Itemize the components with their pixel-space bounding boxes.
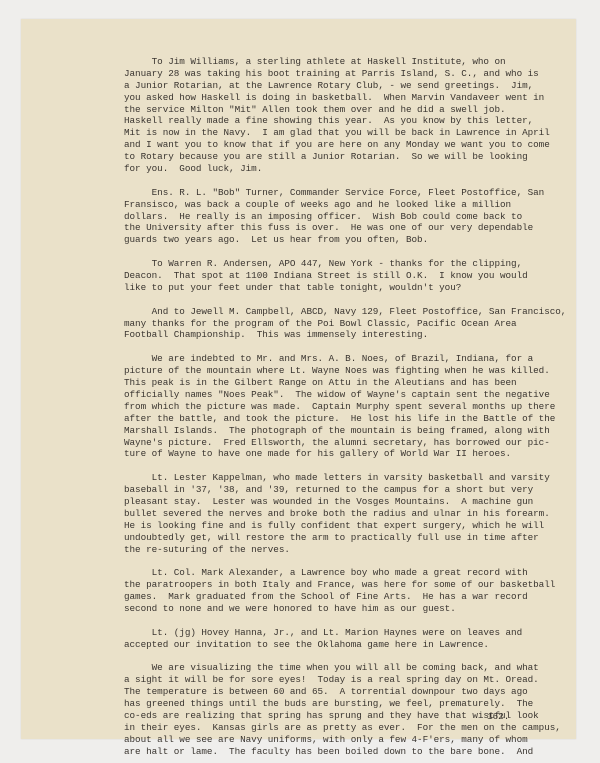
text-line: baseball in '37, '38, and '39, returned … [124, 484, 564, 496]
text-line: pleasant stay. Lester was wounded in the… [124, 496, 564, 508]
text-line: second to none and we were honored to ha… [124, 603, 564, 615]
paragraph-spring-on-campus: We are visualizing the time when you wil… [124, 662, 564, 757]
text-line: accepted our invitation to see the Oklah… [124, 639, 564, 651]
text-line: Mit is now in the Navy. I am glad that y… [124, 127, 564, 139]
text-line: about all we see are Navy uniforms, with… [124, 734, 564, 746]
text-line: has greened things until the buds are bu… [124, 698, 564, 710]
letter-body: To Jim Williams, a sterling athlete at H… [124, 56, 564, 763]
text-line: many thanks for the program of the Poi B… [124, 318, 564, 330]
text-line: the service Milton "Mit" Allen took them… [124, 104, 564, 116]
text-line: from which the picture was made. Captain… [124, 401, 564, 413]
text-line: January 28 was taking his boot training … [124, 68, 564, 80]
text-line: a Junior Rotarian, at the Lawrence Rotar… [124, 80, 564, 92]
text-line: Ens. R. L. "Bob" Turner, Commander Servi… [124, 187, 564, 199]
text-line: To Warren R. Andersen, APO 447, New York… [124, 258, 564, 270]
text-line: to Rotary because you are still a Junior… [124, 151, 564, 163]
text-line: Lt. (jg) Hovey Hanna, Jr., and Lt. Mario… [124, 627, 564, 639]
text-line: Haskell really made a fine showing this … [124, 115, 564, 127]
paragraph-bob-turner: Ens. R. L. "Bob" Turner, Commander Servi… [124, 187, 564, 246]
text-line: We are visualizing the time when you wil… [124, 662, 564, 674]
page-number: 162. [487, 711, 509, 722]
text-line: and I want you to know that if you are h… [124, 139, 564, 151]
paragraph-noes-peak: We are indebted to Mr. and Mrs. A. B. No… [124, 353, 564, 460]
text-line: after the battle, and took the picture. … [124, 413, 564, 425]
paragraph-jim-williams: To Jim Williams, a sterling athlete at H… [124, 56, 564, 175]
text-line: And to Jewell M. Campbell, ABCD, Navy 12… [124, 306, 564, 318]
text-line: a sight it will be for sore eyes! Today … [124, 674, 564, 686]
text-line: bullet severed the nerves and broke both… [124, 508, 564, 520]
text-line: We are indebted to Mr. and Mrs. A. B. No… [124, 353, 564, 365]
text-line: the re-suturing of the nerves. [124, 544, 564, 556]
text-line: you asked how Haskell is doing in basket… [124, 92, 564, 104]
text-line: in their eyes. Kansas girls are as prett… [124, 722, 564, 734]
text-line: He is looking fine and is fully confiden… [124, 520, 564, 532]
text-line: the paratroopers in both Italy and Franc… [124, 579, 564, 591]
text-line: This peak is in the Gilbert Range on Att… [124, 377, 564, 389]
text-line: officially names "Noes Peak". The widow … [124, 389, 564, 401]
text-line: undoubtedly get, will restore the arm to… [124, 532, 564, 544]
text-line: Lt. Lester Kappelman, who made letters i… [124, 472, 564, 484]
text-line: Wayne's picture. Fred Ellsworth, the alu… [124, 437, 564, 449]
text-line: like to put your feet under that table t… [124, 282, 564, 294]
text-line: ture of Wayne to have one made for his g… [124, 448, 564, 460]
text-line: are halt or lame. The faculty has been b… [124, 746, 564, 758]
text-line: Football Championship. This was immensel… [124, 329, 564, 341]
text-line: Lt. Col. Mark Alexander, a Lawrence boy … [124, 567, 564, 579]
text-line: Marshall Islands. The photograph of the … [124, 425, 564, 437]
paragraph-mark-alexander: Lt. Col. Mark Alexander, a Lawrence boy … [124, 567, 564, 615]
text-line: picture of the mountain where Lt. Wayne … [124, 365, 564, 377]
text-line: To Jim Williams, a sterling athlete at H… [124, 56, 564, 68]
paragraph-jewell-campbell: And to Jewell M. Campbell, ABCD, Navy 12… [124, 306, 564, 342]
paragraph-hanna-haynes: Lt. (jg) Hovey Hanna, Jr., and Lt. Mario… [124, 627, 564, 651]
text-line: guards two years ago. Let us hear from y… [124, 234, 564, 246]
text-line: Deacon. That spot at 1100 Indiana Street… [124, 270, 564, 282]
text-line: for you. Good luck, Jim. [124, 163, 564, 175]
paragraph-warren-andersen: To Warren R. Andersen, APO 447, New York… [124, 258, 564, 294]
text-line: Fransisco, was back a couple of weeks ag… [124, 199, 564, 211]
paragraph-lester-kappelman: Lt. Lester Kappelman, who made letters i… [124, 472, 564, 555]
text-line: dollars. He really is an imposing office… [124, 211, 564, 223]
text-line: the University after this fuss is over. … [124, 222, 564, 234]
text-line: games. Mark graduated from the School of… [124, 591, 564, 603]
text-line: The temperature is between 60 and 65. A … [124, 686, 564, 698]
